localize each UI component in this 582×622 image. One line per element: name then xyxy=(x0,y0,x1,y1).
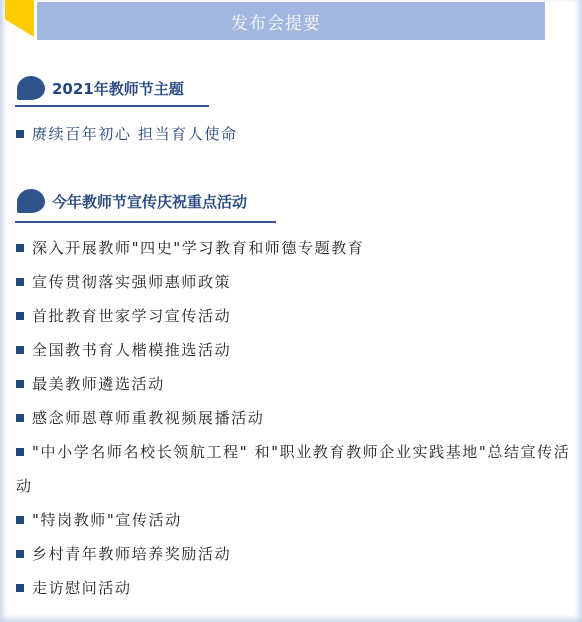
bullet-square-icon xyxy=(16,346,24,354)
bullet-square-icon xyxy=(16,448,24,456)
bullet-square-icon xyxy=(16,130,24,138)
bullet-square-icon xyxy=(16,584,24,592)
bullet-square-icon xyxy=(16,380,24,388)
bullet-square-icon xyxy=(16,414,24,422)
list-item: 深入开展教师"四史"学习教育和师德专题教育 xyxy=(16,231,364,265)
list-item: "中小学名师名校长领航工程" 和"职业教育教师企业实践基地"总结宣传活动 xyxy=(16,435,572,503)
list-item: "特岗教师"宣传活动 xyxy=(16,503,182,537)
bullet-square-icon xyxy=(16,278,24,286)
section-marker-icon xyxy=(17,189,45,213)
list-item: 走访慰问活动 xyxy=(16,571,132,605)
bullet-square-icon xyxy=(16,244,24,252)
section-underline xyxy=(15,105,209,107)
section-header-activities: 今年教师节宣传庆祝重点活动 xyxy=(17,188,247,214)
list-item: 赓续百年初心 担当育人使命 xyxy=(16,117,238,151)
section-title: 今年教师节宣传庆祝重点活动 xyxy=(52,191,247,212)
bullet-square-icon xyxy=(16,516,24,524)
list-item: 最美教师遴选活动 xyxy=(16,367,165,401)
section-header-theme: 2021年教师节主题 xyxy=(17,75,184,101)
list-item: 宣传贯彻落实强师惠师政策 xyxy=(16,265,231,299)
list-item: 首批教育世家学习宣传活动 xyxy=(16,299,231,333)
bullet-square-icon xyxy=(16,550,24,558)
banner-title: 发布会提要 xyxy=(231,9,321,34)
page-frame: 发布会提要 2021年教师节主题 赓续百年初心 担当育人使命 今年教师节宣传庆祝… xyxy=(0,0,582,622)
list-item: 乡村青年教师培养奖励活动 xyxy=(16,537,231,571)
section-marker-icon xyxy=(17,76,45,100)
section-title: 2021年教师节主题 xyxy=(52,78,184,99)
bullet-square-icon xyxy=(16,312,24,320)
title-banner: 发布会提要 xyxy=(37,2,515,40)
section-underline xyxy=(15,221,276,223)
list-item: 全国教书育人楷模推选活动 xyxy=(16,333,231,367)
corner-accent xyxy=(5,0,34,37)
list-item: 感念师恩尊师重教视频展播活动 xyxy=(16,401,264,435)
banner-extension xyxy=(515,2,545,40)
